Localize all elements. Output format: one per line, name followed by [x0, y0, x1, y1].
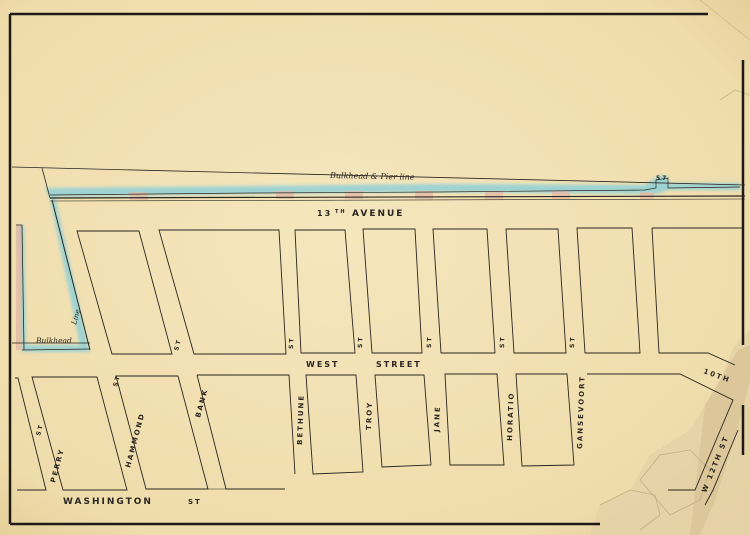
washington-street-st: ST [188, 498, 202, 506]
historical-map: Bulkhead & Pier line Bulkhead Line 57 13… [0, 0, 750, 535]
west-street-label-west: WEST [306, 360, 340, 369]
troy-street-st: ST [357, 335, 364, 348]
horatio-street-st: ST [499, 335, 506, 348]
paper-background [0, 0, 750, 535]
map-canvas: Bulkhead & Pier line Bulkhead Line 57 13… [0, 0, 750, 535]
gansevoort-street-st: ST [569, 335, 576, 348]
troy-street-label: TROY [365, 401, 374, 430]
west-street-label-street: STREET [376, 360, 422, 369]
bulkhead-pier-line-label: Bulkhead & Pier line [329, 171, 415, 182]
washington-street-label: WASHINGTON [63, 497, 153, 507]
thirteenth-avenue-suffix: TH [335, 209, 347, 215]
pier-57-label: 57 [656, 175, 668, 182]
jane-street-st: ST [426, 335, 433, 348]
thirteenth-avenue-label: AVENUE [352, 209, 404, 219]
thirteenth-avenue-number: 13 [317, 209, 332, 218]
jane-street-label: JANE [433, 405, 442, 433]
bethune-street-st: ST [288, 336, 295, 349]
bulkhead-label: Bulkhead [35, 336, 72, 345]
